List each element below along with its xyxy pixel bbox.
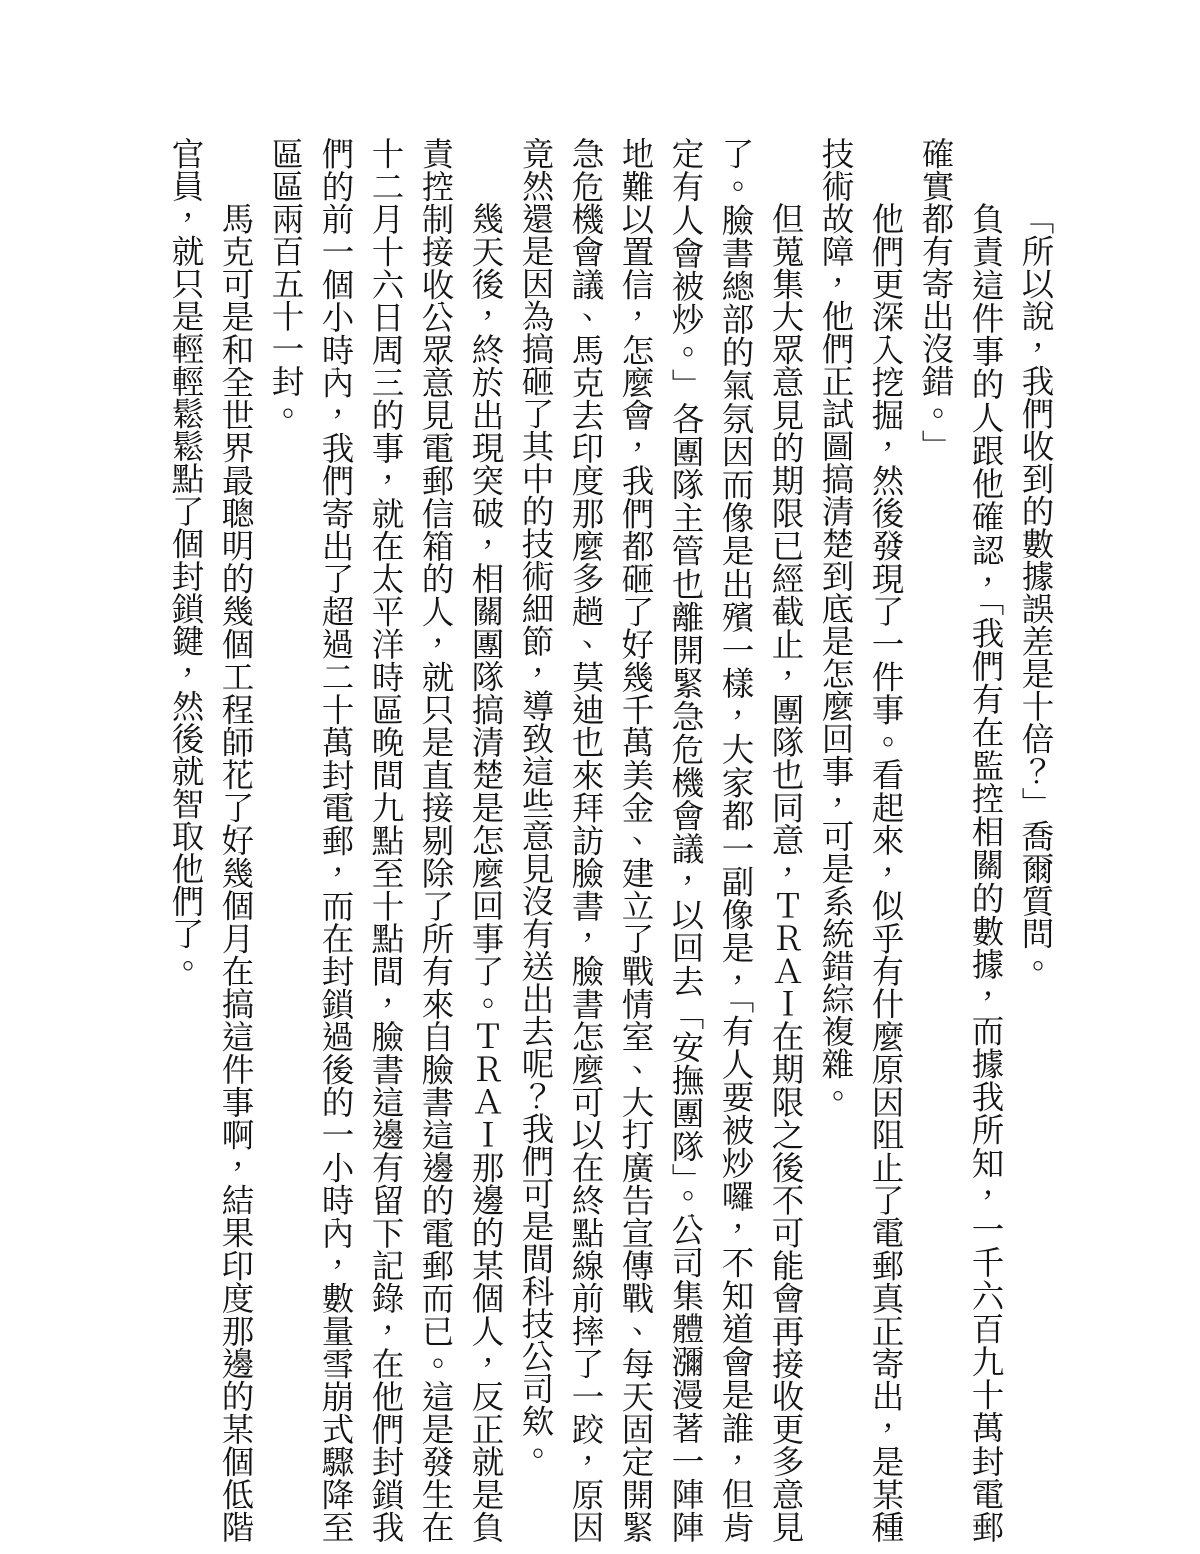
paragraph: 馬克可是和全世界最聰明的幾個工程師花了好幾個月在搞這件事啊，結果印度那邊的某個低… xyxy=(160,137,260,1543)
paragraph: 「所以說，我們收到的數據誤差是十倍？」喬爾質問。 xyxy=(1010,137,1060,1543)
book-page: 「所以說，我們收到的數據誤差是十倍？」喬爾質問。 負責這件事的人跟他確認，「我們… xyxy=(0,0,1200,1554)
vertical-text-block: 「所以說，我們收到的數據誤差是十倍？」喬爾質問。 負責這件事的人跟他確認，「我們… xyxy=(160,137,1060,1543)
paragraph: 負責這件事的人跟他確認，「我們有在監控相關的數據，而據我所知，一千六百九十萬封電… xyxy=(910,137,1010,1543)
paragraph: 幾天後，終於出現突破，相關團隊搞清楚是怎麼回事了。ＴＲＡＩ那邊的某個人，反正就是… xyxy=(260,137,510,1543)
paragraph: 他們更深入挖掘，然後發現了一件事。看起來，似乎有什麼原因阻止了電郵真正寄出，是某… xyxy=(810,137,910,1543)
paragraph: 但蒐集大眾意見的期限已經截止，團隊也同意，ＴＲＡＩ在期限之後不可能會再接收更多意… xyxy=(510,137,810,1543)
